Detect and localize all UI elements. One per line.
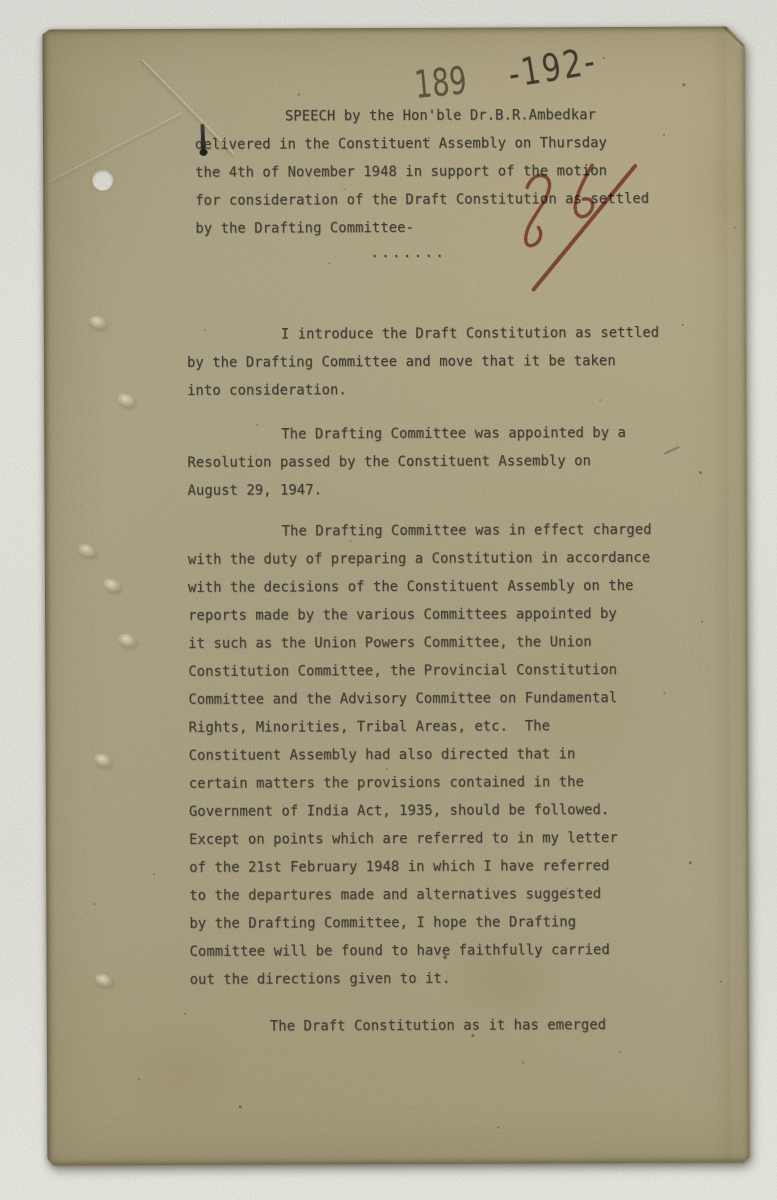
- red-digit-2: [525, 175, 549, 245]
- pencil-folio-number: -192-: [505, 39, 600, 97]
- pencil-page-number: 189: [413, 58, 469, 107]
- paper-specks: [43, 30, 45, 32]
- document-page: SPEECH by the Hon'ble Dr.B.R.Ambedkar de…: [43, 26, 750, 1165]
- document-page-wrap: SPEECH by the Hon'ble Dr.B.R.Ambedkar de…: [43, 26, 750, 1165]
- pencil-stray-dash: [664, 447, 679, 454]
- red-pencil-mark-26: [525, 165, 635, 289]
- handwritten-annotations: 189 -192-: [43, 26, 750, 1165]
- scanned-document-screenshot: { "annotations": { "pencil_number": "189…: [0, 0, 777, 1200]
- red-digit-6: [575, 165, 593, 217]
